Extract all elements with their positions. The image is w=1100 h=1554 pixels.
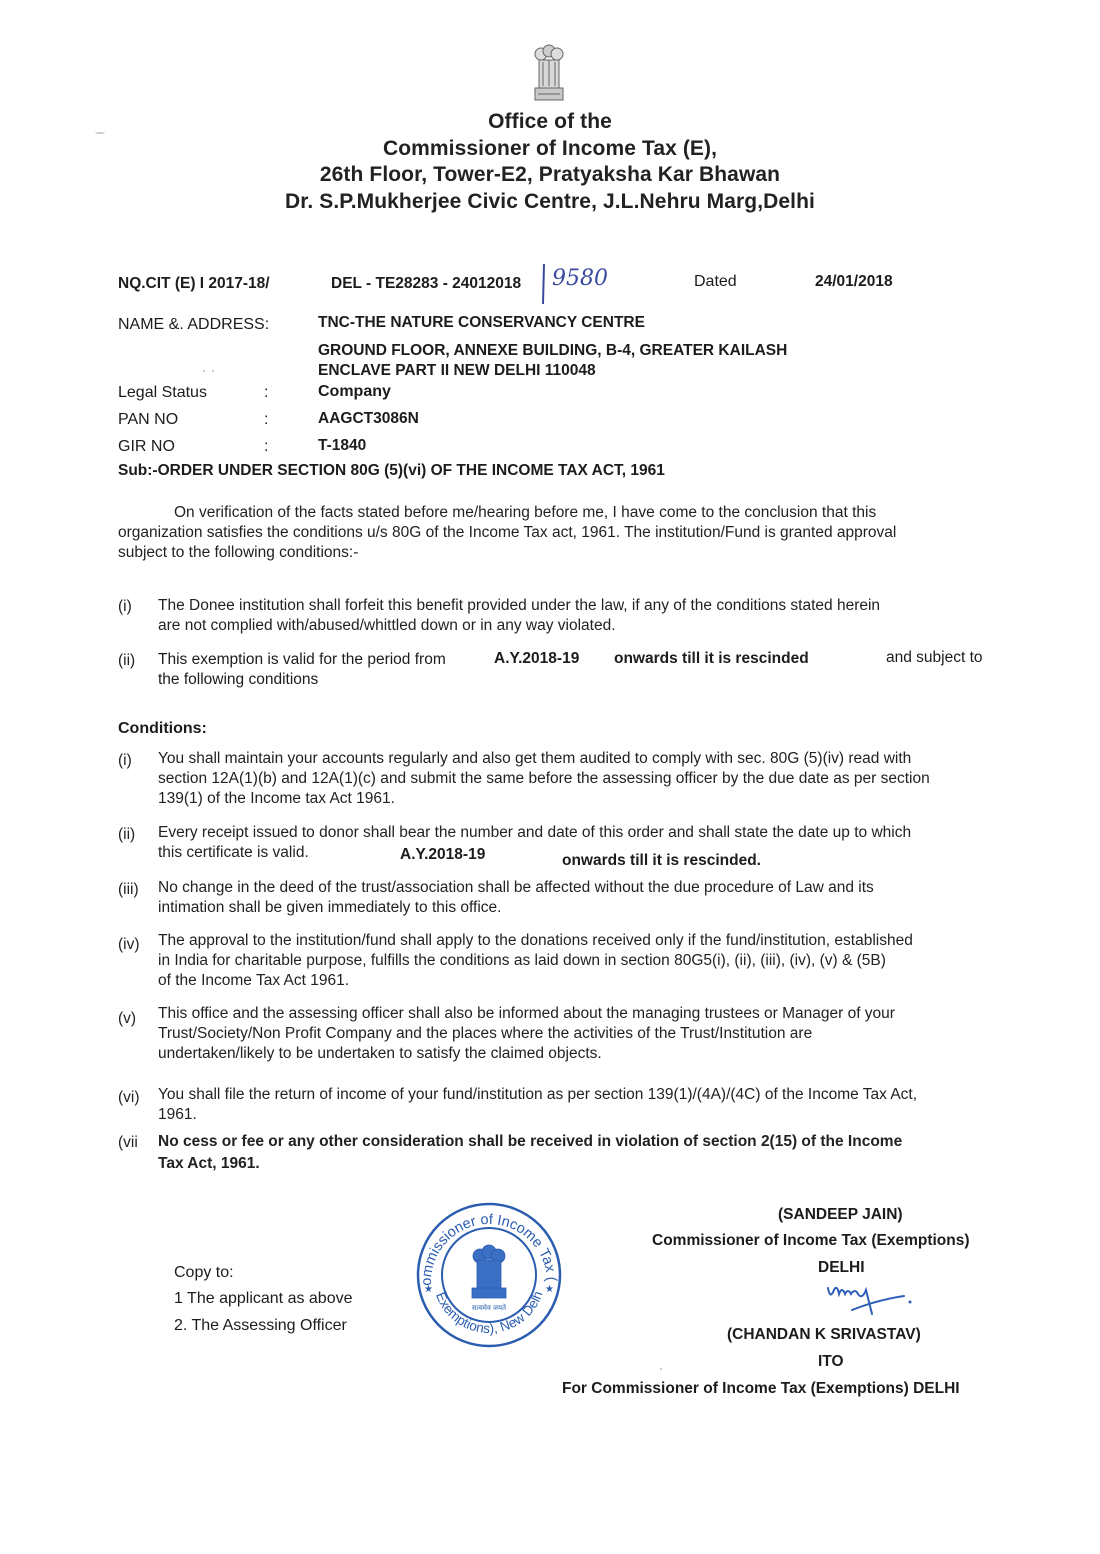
term-i: The Donee institution shall forfeit this… <box>158 596 988 636</box>
condition-vii-line1: No cess or fee or any other consideratio… <box>158 1131 988 1153</box>
gir-separator: : <box>264 438 268 456</box>
nq-cit-reference: NQ.CIT (E) I 2017-18/ <box>118 275 270 293</box>
applicant-name: TNC-THE NATURE CONSERVANCY CENTRE <box>318 314 645 332</box>
condition-number: (iii) <box>118 881 139 899</box>
term-number: (ii) <box>118 652 135 670</box>
official-seal-icon: Commissioner of Income Tax (E) (Exemptio… <box>414 1200 564 1350</box>
condition-i: You shall maintain your accounts regular… <box>158 749 1003 809</box>
term-ii-line2: the following conditions <box>158 671 318 689</box>
commissioner-title: Commissioner of Income Tax (E), <box>0 137 1100 161</box>
condition-iv-line3: of the Income Tax Act 1961. <box>158 971 998 991</box>
commissioner-title: Commissioner of Income Tax (Exemptions) <box>652 1232 970 1250</box>
term-ii-validity: onwards till it is rescinded <box>614 650 809 668</box>
gir-value: T-1840 <box>318 437 366 455</box>
condition-v-line3: undertaken/likely to be undertaken to sa… <box>158 1044 988 1064</box>
order-date: 24/01/2018 <box>815 273 893 291</box>
legal-status-separator: : <box>264 384 268 402</box>
term-ii-suffix: and subject to <box>886 649 983 667</box>
condition-number: (iv) <box>118 936 140 954</box>
pan-separator: : <box>264 411 268 429</box>
office-address-line1: 26th Floor, Tower-E2, Pratyaksha Kar Bha… <box>0 163 1100 187</box>
copy-to-label: Copy to: <box>174 1264 234 1282</box>
seal-motto: सत्यमेव जयते <box>472 1303 507 1312</box>
conditions-heading: Conditions: <box>118 720 207 738</box>
applicant-address-line2: ENCLAVE PART II NEW DELHI 110048 <box>318 362 596 380</box>
intro-line2: organization satisfies the conditions u/… <box>118 523 998 543</box>
condition-iv-line1: The approval to the institution/fund sha… <box>158 931 998 951</box>
condition-number: (vi) <box>118 1089 140 1107</box>
condition-vii-line2: Tax Act, 1961. <box>158 1153 988 1175</box>
condition-iii: No change in the deed of the trust/assoc… <box>158 878 988 918</box>
gir-label: GIR NO <box>118 438 175 456</box>
office-title: Office of the <box>0 110 1100 134</box>
condition-number: (i) <box>118 752 132 770</box>
condition-ii-validity: onwards till it is rescinded. <box>562 852 761 870</box>
condition-iii-line2: intimation shall be given immediately to… <box>158 898 988 918</box>
condition-v-line1: This office and the assessing officer sh… <box>158 1004 988 1024</box>
condition-vii: No cess or fee or any other consideratio… <box>158 1131 988 1175</box>
order-subject: Sub:-ORDER UNDER SECTION 80G (5)(vi) OF … <box>118 462 665 480</box>
term-i-line2: are not complied with/abused/whittled do… <box>158 616 988 636</box>
condition-i-line2: section 12A(1)(b) and 12A(1)(c) and subm… <box>158 769 1003 789</box>
legal-status-value: Company <box>318 383 391 401</box>
condition-v: This office and the assessing officer sh… <box>158 1004 988 1064</box>
intro-line1: On verification of the facts stated befo… <box>118 503 998 523</box>
condition-i-line3: 139(1) of the Income tax Act 1961. <box>158 789 1003 809</box>
scan-artifact <box>203 370 205 372</box>
copy-to-item: 1 The applicant as above <box>174 1290 353 1308</box>
national-emblem-icon <box>532 42 566 104</box>
condition-iii-line1: No change in the deed of the trust/assoc… <box>158 878 988 898</box>
office-address-line2: Dr. S.P.Mukherjee Civic Centre, J.L.Nehr… <box>0 190 1100 214</box>
condition-number: (ii) <box>118 826 135 844</box>
intro-line3: subject to the following conditions:- <box>118 543 998 563</box>
intro-paragraph: On verification of the facts stated befo… <box>118 503 998 563</box>
condition-number: (v) <box>118 1010 136 1028</box>
officer-name: (CHANDAN K SRIVASTAV) <box>727 1326 921 1344</box>
condition-number: (vii <box>118 1134 138 1152</box>
scan-artifact <box>95 132 105 134</box>
condition-ii-period: A.Y.2018-19 <box>400 846 485 864</box>
legal-status-label: Legal Status <box>118 384 207 402</box>
handwritten-number: 9580 <box>552 266 608 291</box>
term-number: (i) <box>118 598 132 616</box>
del-reference-number: DEL - TE28283 - 24012018 <box>331 275 521 293</box>
condition-iv: The approval to the institution/fund sha… <box>158 931 998 991</box>
name-address-label: NAME &. ADDRESS: <box>118 316 269 334</box>
pan-value: AAGCT3086N <box>318 410 419 428</box>
commissioner-city: DELHI <box>818 1259 865 1277</box>
pan-label: PAN NO <box>118 411 178 429</box>
officer-title: ITO <box>818 1353 844 1371</box>
scan-artifact <box>660 1368 662 1370</box>
condition-vi: You shall file the return of income of y… <box>158 1085 1006 1125</box>
svg-text:★: ★ <box>424 1284 433 1295</box>
svg-text:★: ★ <box>545 1284 554 1295</box>
commissioner-name: (SANDEEP JAIN) <box>778 1206 903 1224</box>
applicant-address-line1: GROUND FLOOR, ANNEXE BUILDING, B-4, GREA… <box>318 342 787 360</box>
condition-iv-line2: in India for charitable purpose, fulfill… <box>158 951 998 971</box>
condition-vi-line2: 1961. <box>158 1105 1006 1125</box>
condition-vi-line1: You shall file the return of income of y… <box>158 1085 1006 1105</box>
copy-to-item: 2. The Assessing Officer <box>174 1317 347 1335</box>
term-i-line1: The Donee institution shall forfeit this… <box>158 596 988 616</box>
condition-ii-line1: Every receipt issued to donor shall bear… <box>158 823 988 843</box>
signature-icon <box>822 1280 914 1320</box>
condition-v-line2: Trust/Society/Non Profit Company and the… <box>158 1024 988 1044</box>
condition-i-line1: You shall maintain your accounts regular… <box>158 749 1003 769</box>
for-commissioner-line: For Commissioner of Income Tax (Exemptio… <box>562 1380 960 1398</box>
dated-label: Dated <box>694 273 737 291</box>
term-ii-period: A.Y.2018-19 <box>494 650 579 668</box>
term-ii-prefix: This exemption is valid for the period f… <box>158 651 446 669</box>
scan-artifact <box>212 370 214 372</box>
